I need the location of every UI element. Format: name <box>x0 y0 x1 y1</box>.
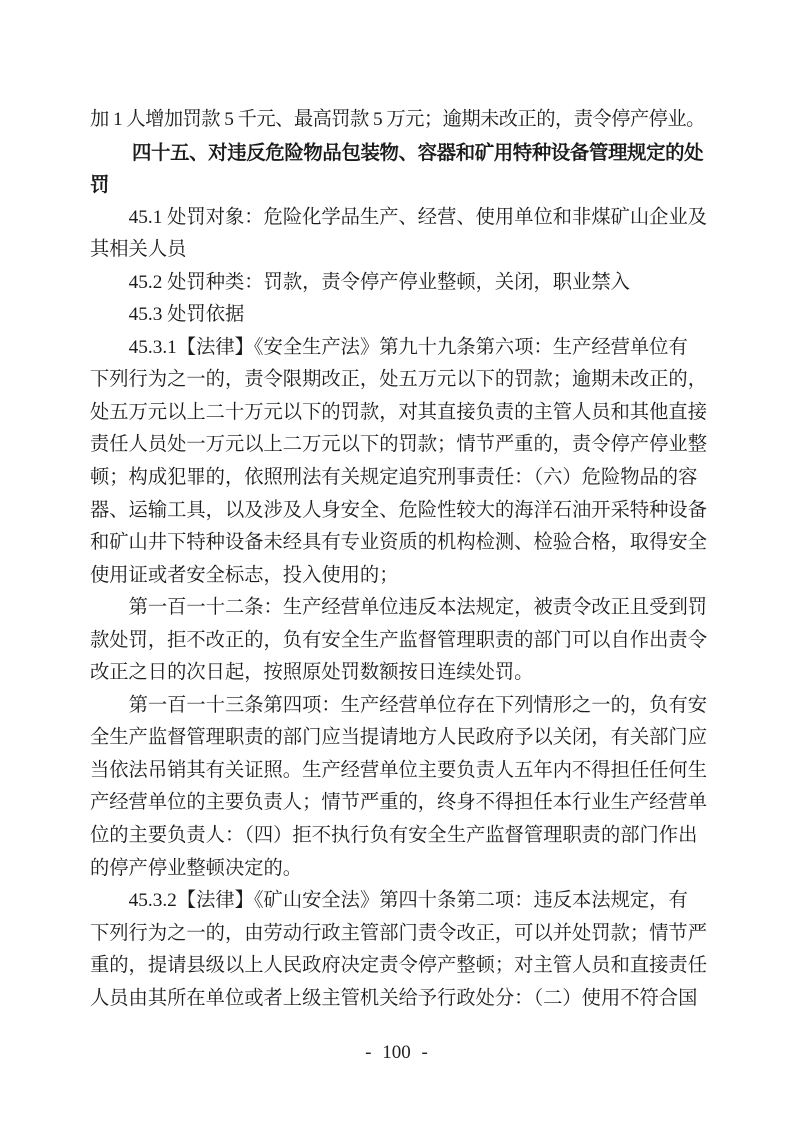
page-number: - 100 - <box>0 1041 793 1065</box>
text-line: 产经营单位的主要负责人；情节严重的，终身不得担任本行业生产经营单 <box>90 787 730 820</box>
text-line: 和矿山井下特种设备未经具有专业资质的机构检测、检验合格，取得安全 <box>90 527 730 560</box>
section-heading-line: 四十五、对违反危险物品包装物、容器和矿用特种设备管理规定的处 <box>90 137 730 170</box>
text-line: 全生产监督管理职责的部门应当提请地方人民政府予以关闭，有关部门应 <box>90 722 730 755</box>
text-line: 45.3 处罚依据 <box>90 299 730 332</box>
text-line: 位的主要负责人：（四）拒不执行负有安全生产监督管理职责的部门作出 <box>90 820 730 853</box>
text-line: 45.1 处罚对象：危险化学品生产、经营、使用单位和非煤矿山企业及 <box>90 202 730 235</box>
text-line: 顿；构成犯罪的，依照刑法有关规定追究刑事责任：（六）危险物品的容 <box>90 462 730 495</box>
text-line: 下列行为之一的，由劳动行政主管部门责令改正，可以并处罚款；情节严 <box>90 918 730 951</box>
text-line: 其相关人员 <box>90 234 730 267</box>
text-line: 当依法吊销其有关证照。生产经营单位主要负责人五年内不得担任任何生 <box>90 755 730 788</box>
text-line: 45.3.2【法律】《矿山安全法》第四十条第二项：违反本法规定，有 <box>90 885 730 918</box>
text-line: 使用证或者安全标志，投入使用的； <box>90 560 730 593</box>
text-line: 人员由其所在单位或者上级主管机关给予行政处分：（二）使用不符合国 <box>90 983 730 1016</box>
document-page: 加 1 人增加罚款 5 千元、最高罚款 5 万元；逾期未改正的，责令停产停业。 … <box>0 0 793 1122</box>
text-line: 第一百一十三条第四项：生产经营单位存在下列情形之一的，负有安 <box>90 690 730 723</box>
text-line: 的停产停业整顿决定的。 <box>90 853 730 886</box>
section-heading-line: 罚 <box>90 169 730 202</box>
text-line: 处五万元以上二十万元以下的罚款，对其直接负责的主管人员和其他直接 <box>90 397 730 430</box>
text-line: 款处罚，拒不改正的，负有安全生产监督管理职责的部门可以自作出责令 <box>90 625 730 658</box>
text-line: 第一百一十二条：生产经营单位违反本法规定，被责令改正且受到罚 <box>90 592 730 625</box>
text-line: 45.2 处罚种类：罚款，责令停产停业整顿，关闭，职业禁入 <box>90 267 730 300</box>
text-line: 器、运输工具，以及涉及人身安全、危险性较大的海洋石油开采特种设备 <box>90 495 730 528</box>
text-line: 改正之日的次日起，按照原处罚数额按日连续处罚。 <box>90 657 730 690</box>
document-body: 加 1 人增加罚款 5 千元、最高罚款 5 万元；逾期未改正的，责令停产停业。 … <box>90 104 730 1015</box>
text-line: 加 1 人增加罚款 5 千元、最高罚款 5 万元；逾期未改正的，责令停产停业。 <box>90 104 730 137</box>
text-line: 重的，提请县级以上人民政府决定责令停产整顿；对主管人员和直接责任 <box>90 950 730 983</box>
text-line: 责任人员处一万元以上二万元以下的罚款；情节严重的，责令停产停业整 <box>90 429 730 462</box>
text-line: 下列行为之一的，责令限期改正，处五万元以下的罚款；逾期未改正的， <box>90 364 730 397</box>
text-line: 45.3.1【法律】《安全生产法》第九十九条第六项：生产经营单位有 <box>90 332 730 365</box>
